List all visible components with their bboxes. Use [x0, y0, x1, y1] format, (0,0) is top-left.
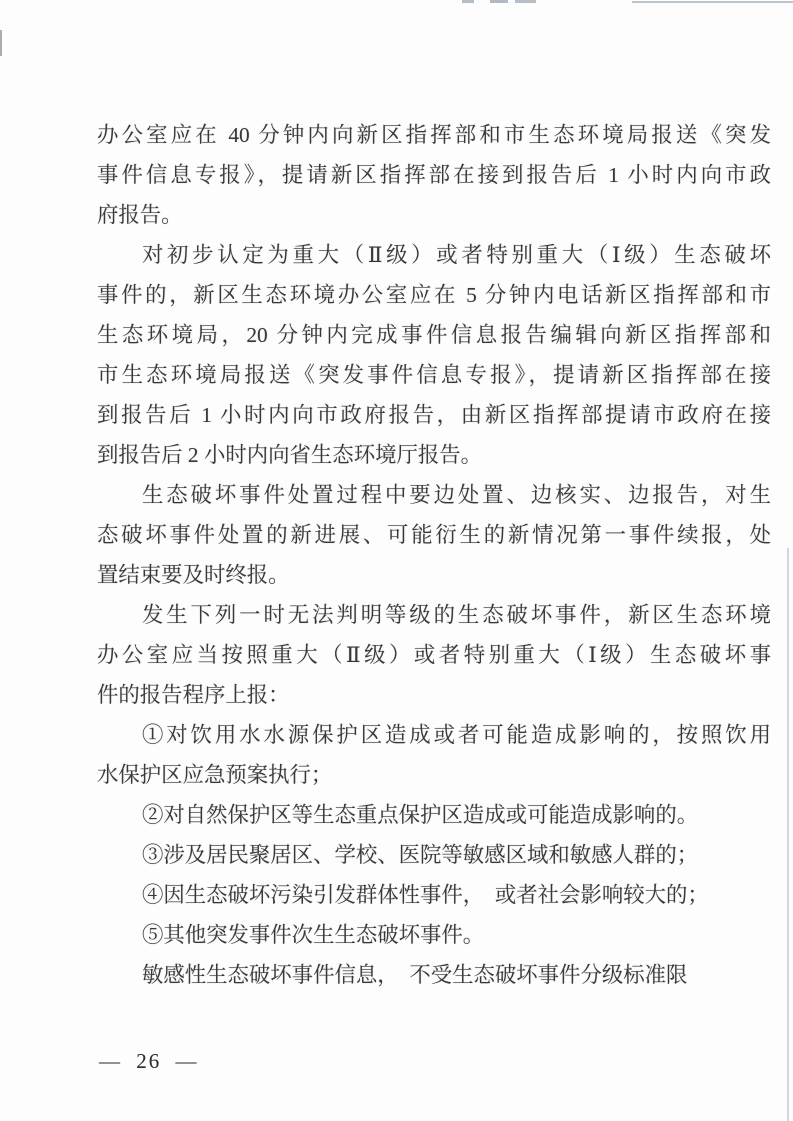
text-line: 生态破坏事件处置过程中要边处置、边核实、边报告，对生: [97, 475, 771, 515]
text-line: ②对自然保护区等生态重点保护区造成或可能造成影响的。: [97, 795, 771, 835]
text-line: 事件信息专报》，提请新区指挥部在接到报告后 1 小时内向市政: [97, 155, 771, 195]
scan-artifact-right-edge-line: [787, 548, 789, 1121]
text-line: 办公室应在 40 分钟内向新区指挥部和市生态环境局报送《突发: [97, 115, 771, 155]
scan-artifact-top-dash-2: [490, 0, 508, 3]
text-line: 市生态环境局报送《突发事件信息专报》，提请新区指挥部在接: [97, 355, 771, 395]
text-line: 件的报告程序上报：: [97, 675, 771, 715]
document-body-text: 办公室应在 40 分钟内向新区指挥部和市生态环境局报送《突发 事件信息专报》，提…: [97, 115, 771, 995]
text-line: 发生下列一时无法判明等级的生态破坏事件，新区生态环境: [97, 595, 771, 635]
text-line: ⑤其他突发事件次生生态破坏事件。: [97, 915, 771, 955]
text-line: 到报告后 1 小时内向市政府报告，由新区指挥部提请市政府在接: [97, 395, 771, 435]
scan-artifact-top-dash-1: [462, 0, 474, 3]
page-number: — 26 —: [99, 1046, 199, 1076]
text-line: 置结束要及时终报。: [97, 555, 771, 595]
text-line: 办公室应当按照重大（Ⅱ级）或者特别重大（Ⅰ级）生态破坏事: [97, 635, 771, 675]
scan-artifact-left-edge-mark: [0, 30, 2, 56]
text-line: 敏感性生态破坏事件信息， 不受生态破坏事件分级标准限: [97, 955, 771, 995]
text-line: 事件的，新区生态环境办公室应在 5 分钟内电话新区指挥部和市: [97, 275, 771, 315]
text-line: 态破坏事件处置的新进展、可能衍生的新情况第一事件续报，处: [97, 515, 771, 555]
scanned-document-page: { "page": { "background": "#fdfdfd", "in…: [0, 0, 793, 1121]
text-line: 到报告后 2 小时内向省生态环境厅报告。: [97, 435, 771, 475]
scan-artifact-top-line: [632, 1, 793, 3]
scan-artifact-top-dash-3: [515, 0, 536, 3]
text-line: ①对饮用水水源保护区造成或者可能造成影响的，按照饮用: [97, 715, 771, 755]
text-line: 对初步认定为重大（Ⅱ级）或者特别重大（Ⅰ级）生态破坏: [97, 235, 771, 275]
text-line: 府报告。: [97, 195, 771, 235]
text-line: 水保护区应急预案执行；: [97, 755, 771, 795]
text-line: 生态环境局，20 分钟内完成事件信息报告编辑向新区指挥部和: [97, 315, 771, 355]
text-line: ④因生态破坏污染引发群体性事件， 或者社会影响较大的；: [97, 875, 771, 915]
text-line: ③涉及居民聚居区、学校、医院等敏感区域和敏感人群的；: [97, 835, 771, 875]
